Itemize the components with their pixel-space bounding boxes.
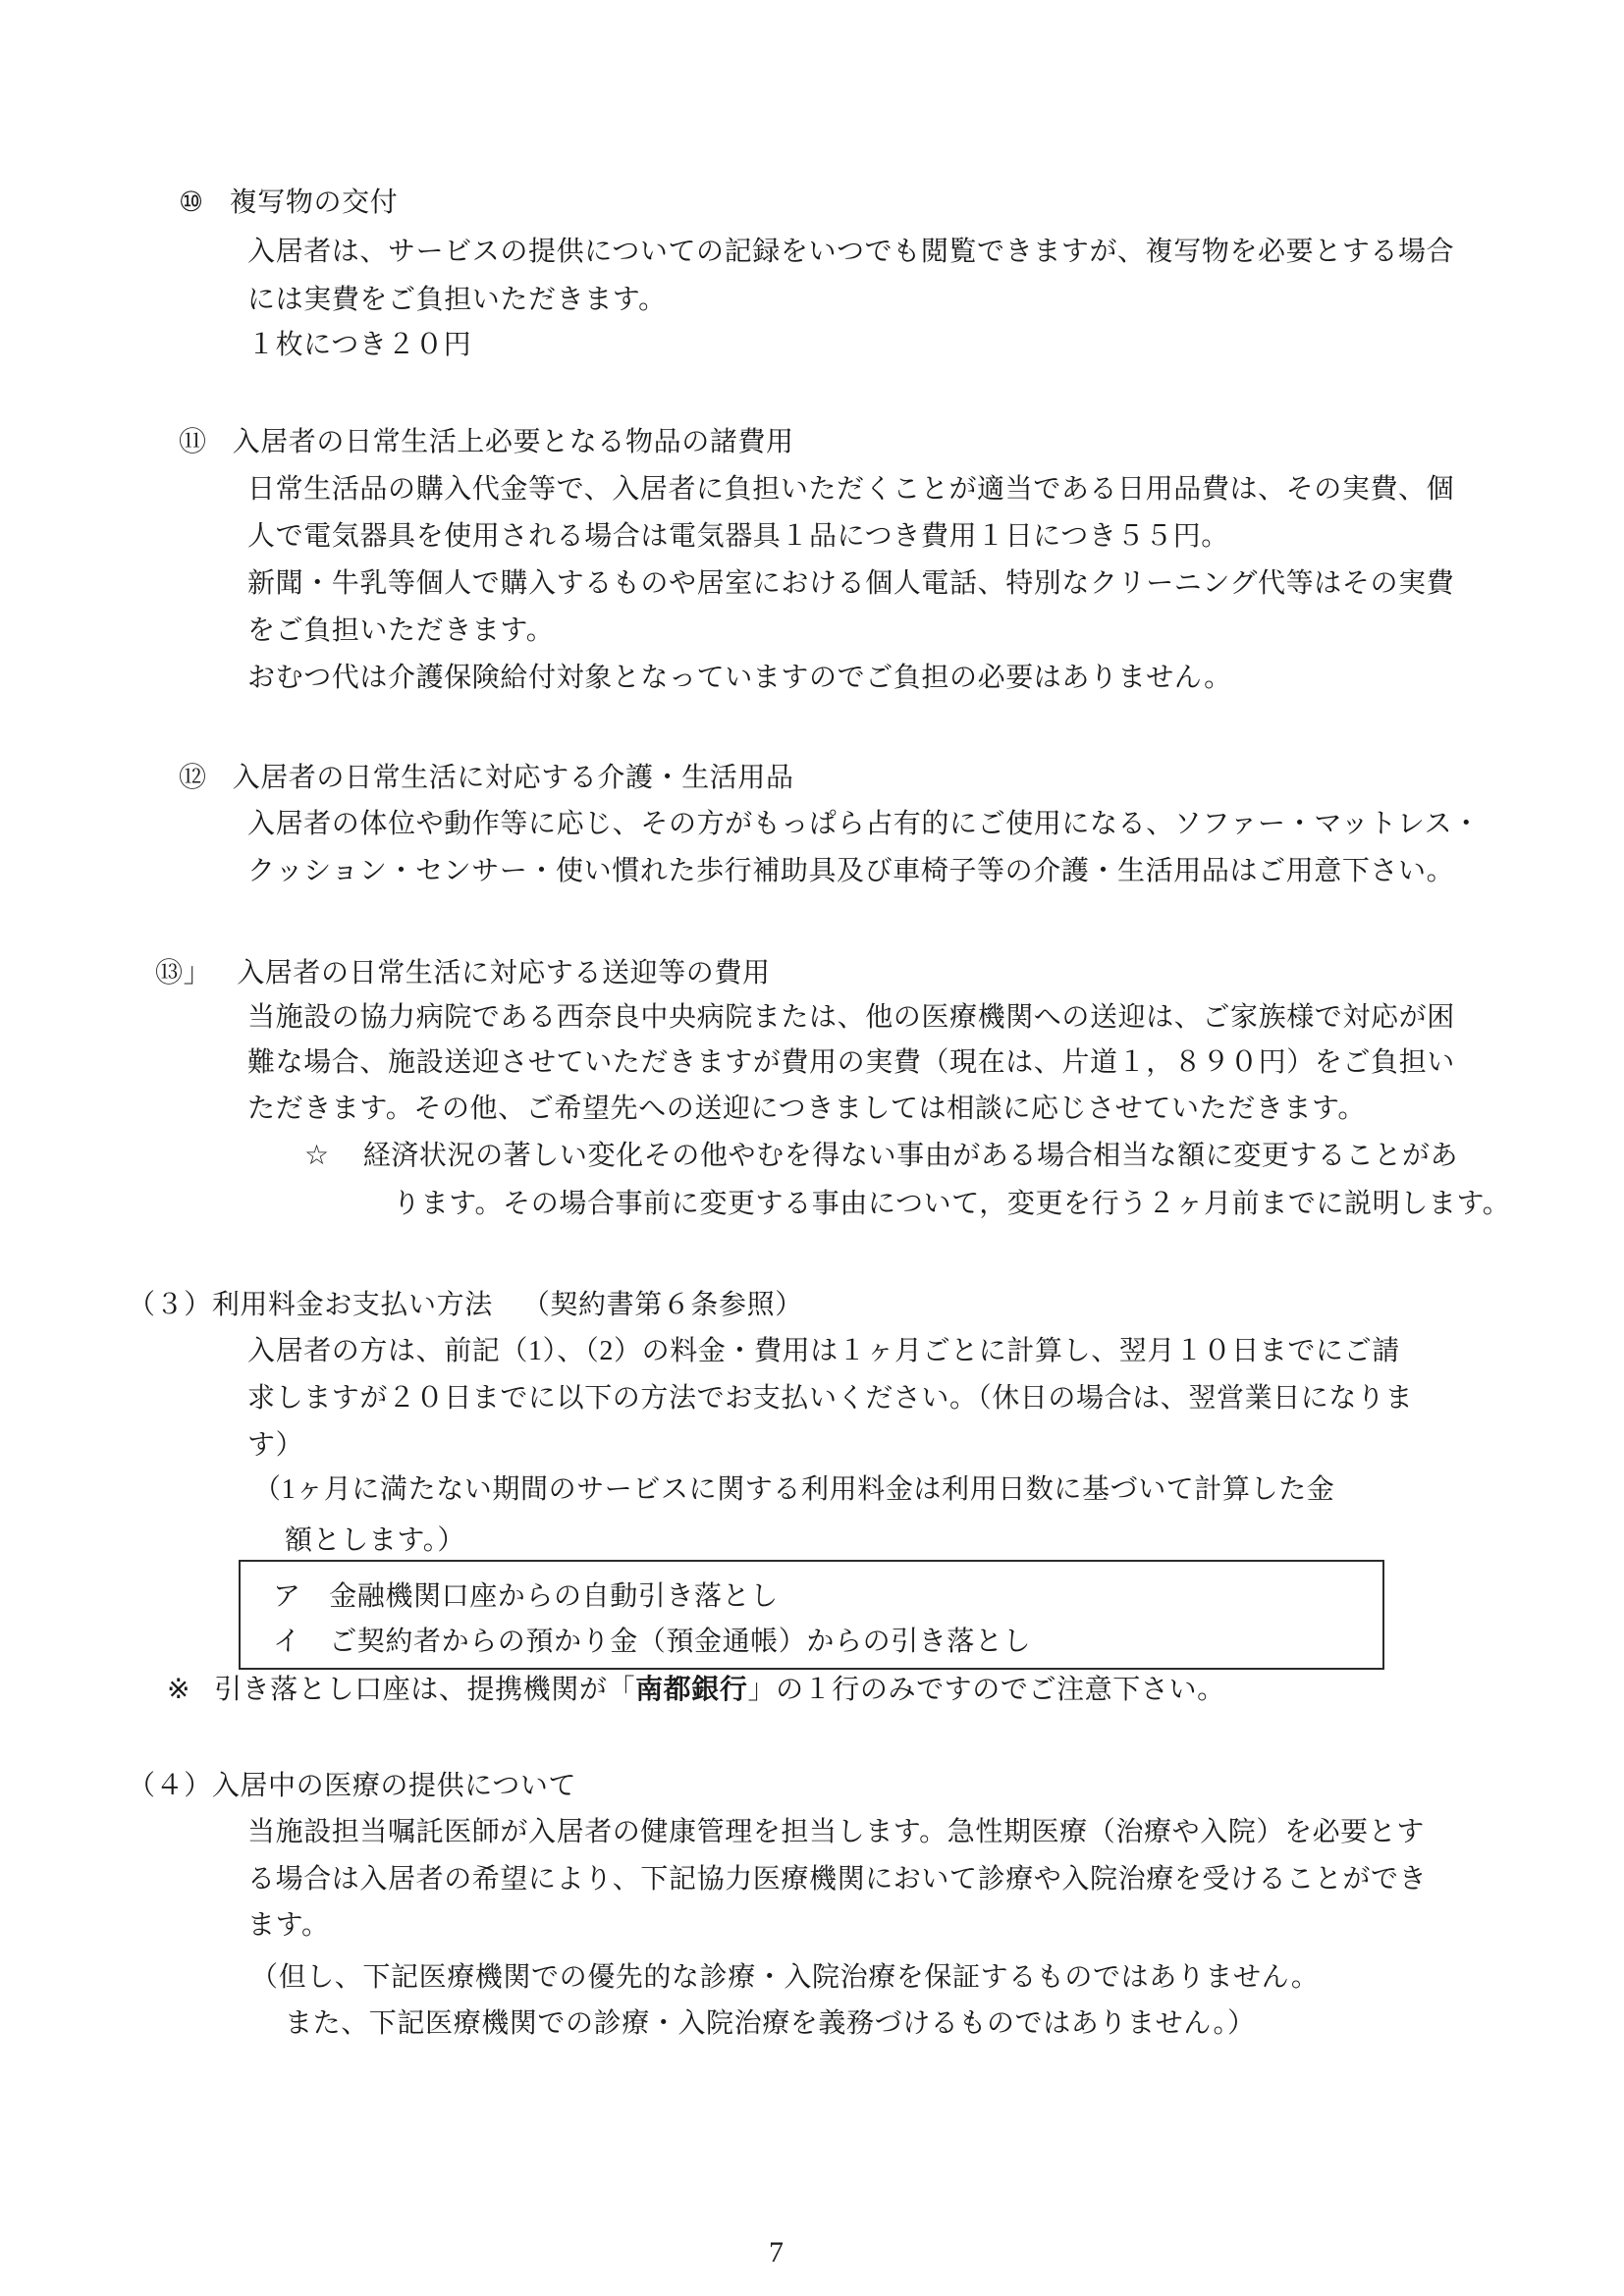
item-10-title: 複写物の交付 (230, 187, 399, 218)
document-page: ⑩複写物の交付 入居者は、サービスの提供についての記録をいつでも閲覧できますが、… (0, 0, 1624, 2296)
section-4-title: 入居中の医療の提供について (212, 1771, 576, 1801)
bank-note: ※引き落とし口座は、提携機関が「南都銀行」の１行のみですのでご注意下さい。 (167, 1674, 1225, 1707)
section-3-title: 利用料金お支払い方法 (212, 1290, 493, 1320)
item-13-body-line: ただきます。その他、ご希望先への送迎につきましては相談に応じさせていただきます。 (247, 1093, 1366, 1126)
payment-method-a: ア 金融機関口座からの自動引き落とし (273, 1580, 779, 1614)
section-3-body-line: 入居者の方は、前記（1）、（2）の料金・費用は１ヶ月ごとに計算し、翌月１０日まで… (247, 1335, 1400, 1368)
item-11-title: 入居者の日常生活上必要となる物品の諸費用 (233, 427, 794, 457)
item-10-heading: ⑩複写物の交付 (179, 187, 398, 220)
item-11-heading: ⑪入居者の日常生活上必要となる物品の諸費用 (179, 426, 794, 459)
section-4-body-line: る場合は入居者の希望により、下記協力医療機関において診療や入院治療を受けることが… (247, 1863, 1427, 1896)
item-13-star-line: 経済状況の著しい変化その他やむを得ない事由がある場合相当な額に変更することがあ (363, 1141, 1458, 1171)
section-3-contract-ref: （契約書第６条参照） (522, 1290, 803, 1320)
item-10-body-line: 入居者は、サービスの提供についての記録をいつでも閲覧できますが、複写物を必要とす… (247, 236, 1454, 269)
item-13-title: 入居者の日常生活に対応する送迎等の費用 (237, 958, 770, 988)
payment-method-b: イ ご契約者からの預かり金（預金通帳）からの引き落とし (273, 1626, 1031, 1659)
reference-mark-icon: ※ (167, 1675, 190, 1705)
star-icon: ☆ (304, 1141, 330, 1171)
section-4-paren-line: （但し、下記医療機関での優先的な診療・入院治療を保証するものではありません。 (250, 1961, 1319, 1995)
item-10-body-line: には実費をご負担いただきます。 (247, 284, 667, 317)
item-11-body-line: おむつ代は介護保険給付対象となっていますのでご負担の必要はありません。 (247, 662, 1232, 695)
section-4-label: （４） (128, 1771, 212, 1801)
item-13-star-line: ります。その場合事前に変更する事由について，変更を行う２ヶ月前までに説明します。 (393, 1188, 1510, 1221)
item-10-marker: ⑩ (179, 187, 204, 218)
section-4-body-line: 当施設担当嘱託医師が入居者の健康管理を担当します。急性期医療（治療や入院）を必要… (247, 1816, 1425, 1849)
bank-note-prefix: 引き落とし口座は、提携機関が「 (214, 1675, 635, 1705)
item-11-body-line: 人で電気器具を使用される場合は電気器具１品につき費用１日につき５５円。 (247, 520, 1229, 554)
section-3-body-line: 求しますが２０日までに以下の方法でお支払いください。（休日の場合は、翌営業日にな… (247, 1382, 1413, 1415)
section-4-paren-line: また、下記医療機関での診療・入院治療を義務づけるものではありません。） (285, 2007, 1256, 2041)
section-3-heading: （３）利用料金お支払い方法（契約書第６条参照） (128, 1289, 803, 1322)
item-12-body-line: クッション・センサー・使い慣れた歩行補助具及び車椅子等の介護・生活用品はご用意下… (247, 855, 1454, 888)
item-13-star-note: ☆経済状況の著しい変化その他やむを得ない事由がある場合相当な額に変更することがあ (304, 1140, 1458, 1173)
item-10-body-line: １枚につき２０円 (247, 329, 471, 362)
item-11-body-line: 日常生活品の購入代金等で、入居者に負担いただくことが適当である日用品費は、その実… (247, 473, 1454, 507)
item-13-heading: ⑬」入居者の日常生活に対応する送迎等の費用 (155, 957, 771, 990)
page-number: 7 (769, 2236, 784, 2269)
item-12-title: 入居者の日常生活に対応する介護・生活用品 (233, 763, 794, 793)
item-13-body-line: 当施設の協力病院である西奈良中央病院または、他の医療機関への送迎は、ご家族様で対… (247, 1001, 1455, 1035)
section-4-body-line: ます。 (247, 1909, 330, 1943)
section-3-paren-line: 額とします。） (285, 1524, 465, 1558)
item-11-marker: ⑪ (179, 427, 207, 457)
section-3-paren-line: （1ヶ月に満たない期間のサービスに関する利用料金は利用日数に基づいて計算した金 (253, 1473, 1334, 1507)
item-11-body-line: 新聞・牛乳等個人で購入するものや居室における個人電話、特別なクリーニング代等はそ… (247, 567, 1454, 601)
section-4-heading: （４）入居中の医療の提供について (128, 1770, 576, 1803)
item-13-marker: ⑬」 (155, 958, 211, 988)
section-3-body-line: す） (247, 1429, 303, 1463)
item-11-body-line: をご負担いただきます。 (247, 614, 554, 648)
section-3-label: （３） (128, 1290, 212, 1320)
item-12-body-line: 入居者の体位や動作等に応じ、その方がもっぱら占有的にご使用になる、ソファー・マッ… (247, 808, 1481, 841)
bank-name: 南都銀行 (635, 1675, 747, 1705)
bank-note-suffix: 」の１行のみですのでご注意下さい。 (747, 1675, 1224, 1705)
item-12-heading: ⑫入居者の日常生活に対応する介護・生活用品 (179, 762, 794, 795)
item-12-marker: ⑫ (179, 763, 207, 793)
item-13-body-line: 難な場合、施設送迎させていただきますが費用の実費（現在は、片道１，８９０円）をご… (247, 1046, 1455, 1080)
